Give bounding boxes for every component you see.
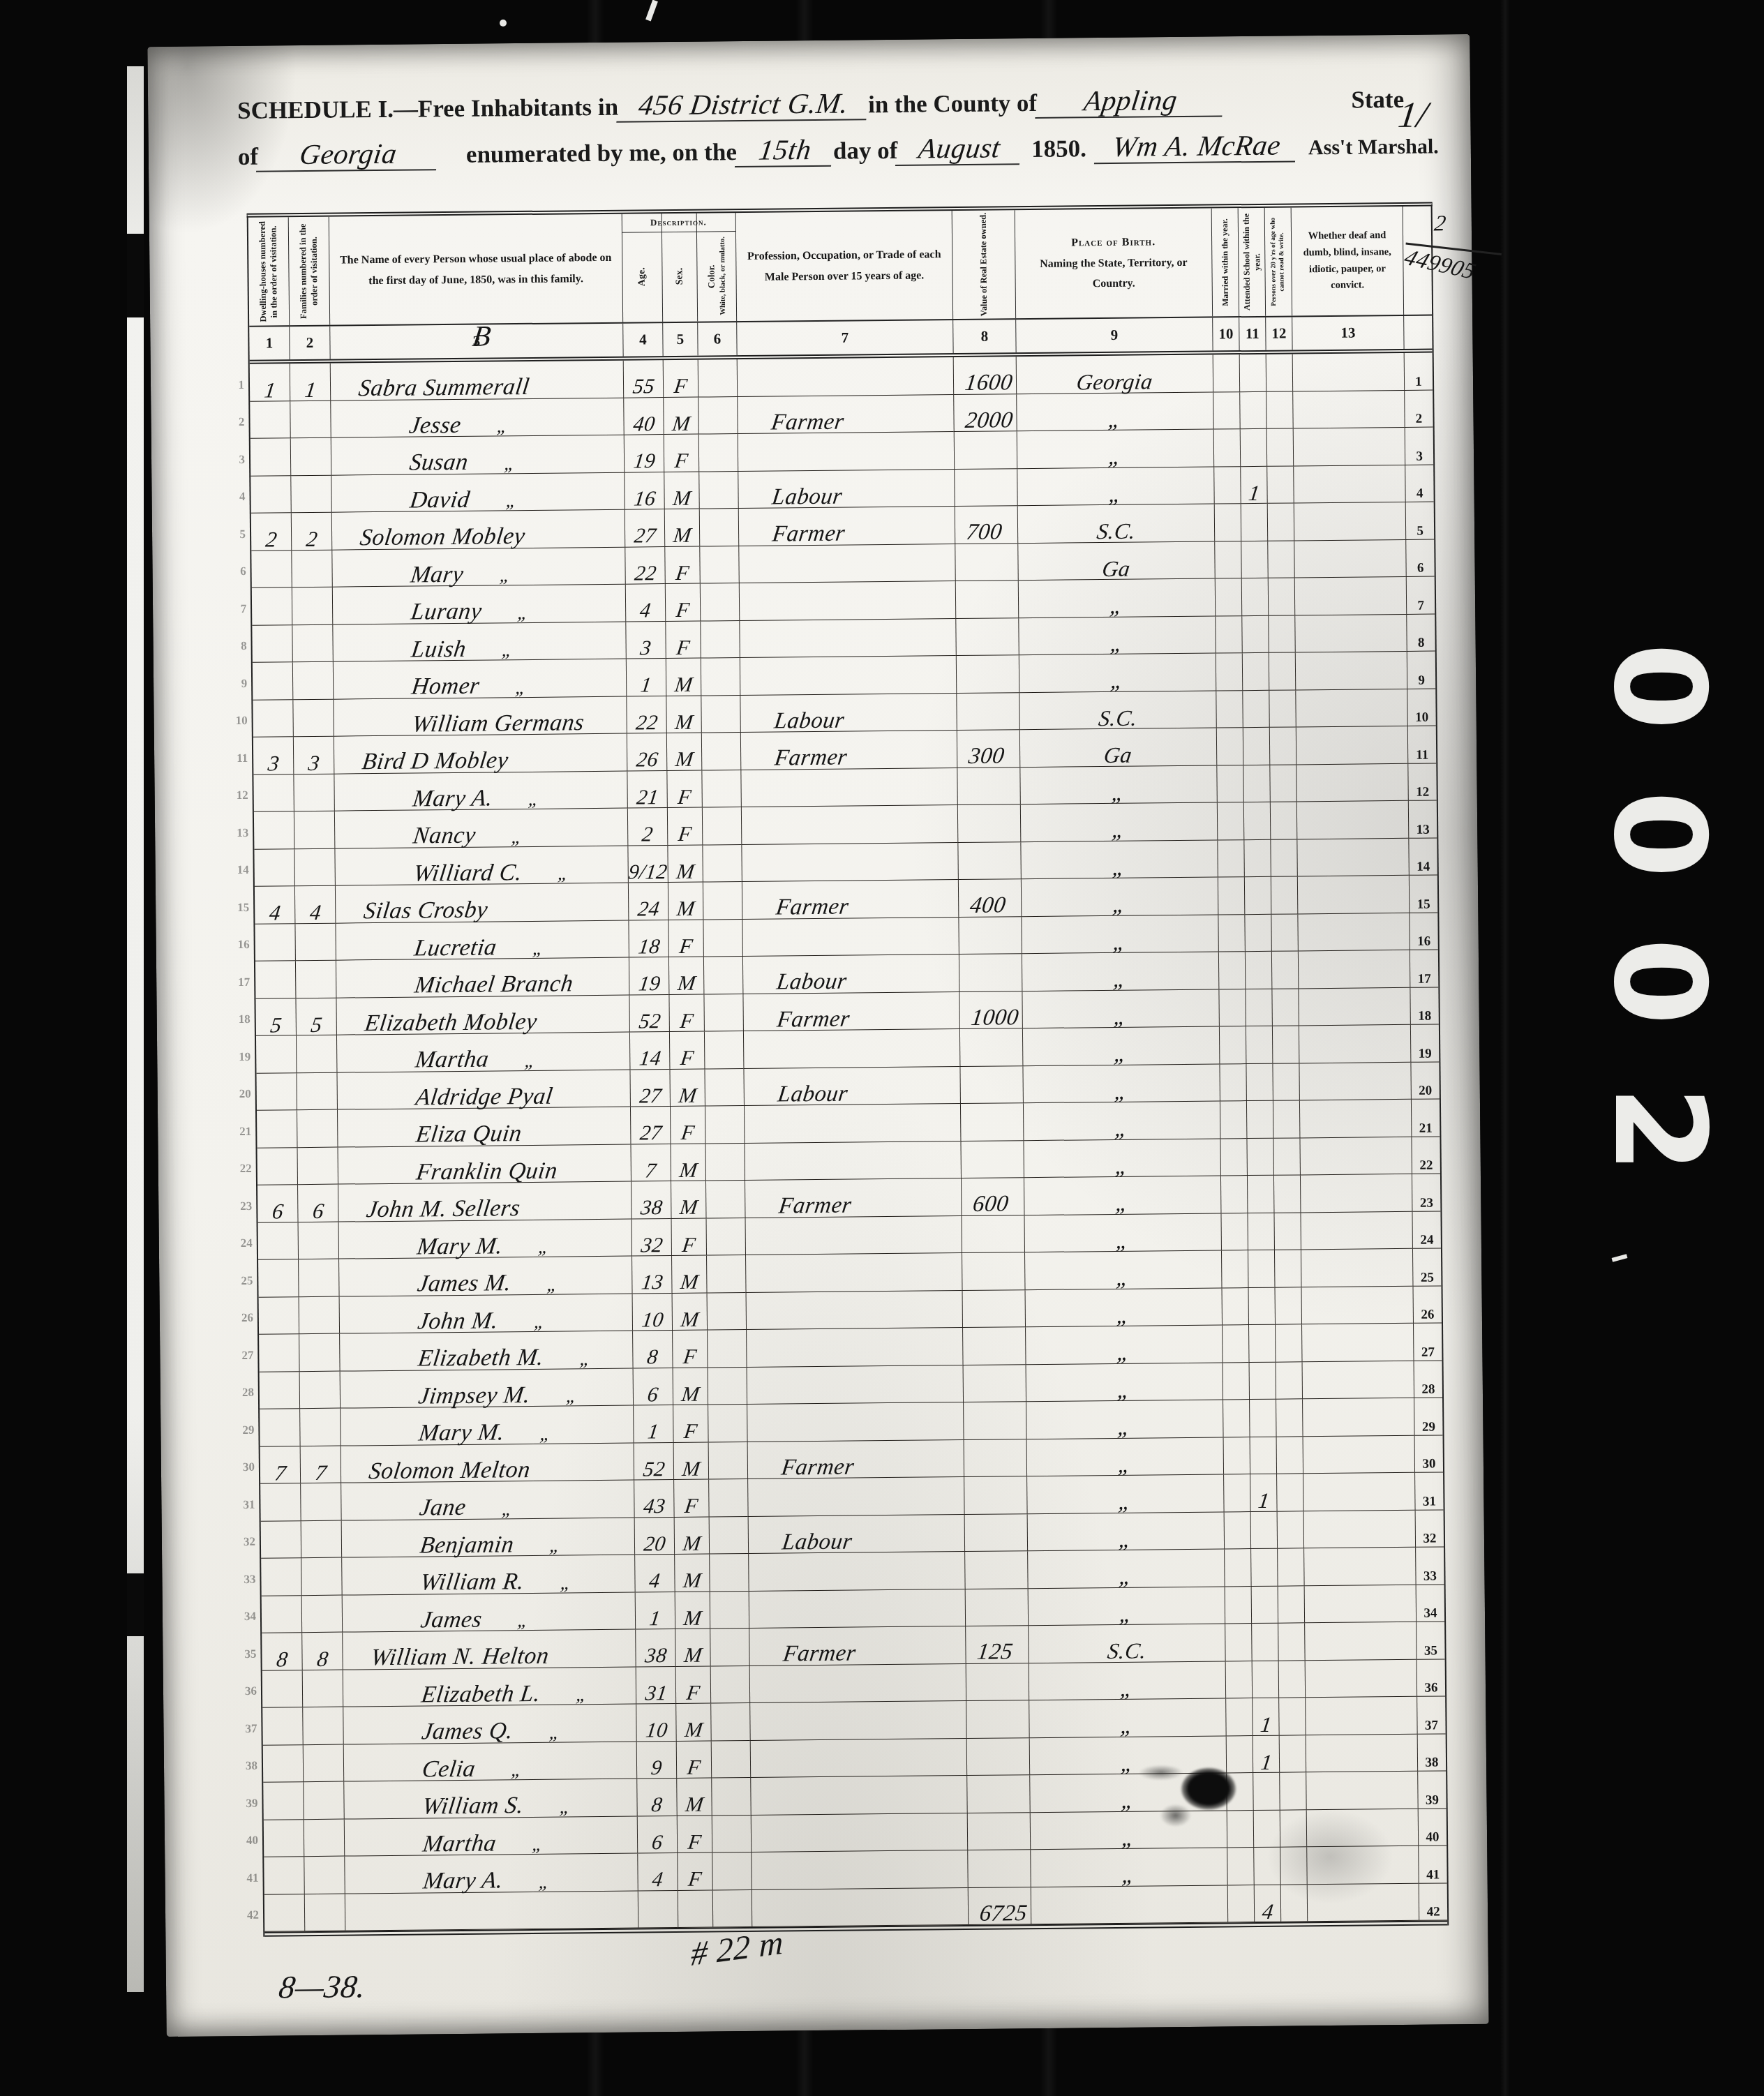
cell-condition xyxy=(1303,1473,1415,1511)
cell-occupation xyxy=(748,1552,964,1591)
cell-birthplace: Ga xyxy=(1017,541,1215,581)
cell-condition xyxy=(1301,1324,1414,1362)
cell-birthplace: „ xyxy=(1027,1549,1225,1588)
cell-line-number: 23 xyxy=(1412,1174,1441,1211)
cell-age: 52 xyxy=(629,995,669,1033)
cell-married-within-year xyxy=(1218,877,1245,915)
col-header-text: Attended School within the year. xyxy=(1241,208,1262,316)
cell-condition xyxy=(1306,1734,1418,1772)
line-number: 29 xyxy=(1422,1420,1435,1435)
cell-dwelling-number xyxy=(253,662,293,700)
col-num: 6 xyxy=(697,322,736,356)
cell-condition xyxy=(1305,1659,1417,1698)
line-number: 27 xyxy=(1421,1345,1435,1360)
cell-condition xyxy=(1301,1286,1413,1324)
cell-occupation: Farmer xyxy=(742,992,959,1031)
age-value: 27 xyxy=(633,526,657,546)
cell-occupation: Farmer xyxy=(745,1178,961,1218)
col-header-name: The Name of every Person whose usual pla… xyxy=(329,214,622,325)
col-header-school: Attended School within the year. xyxy=(1238,208,1265,316)
cell-family-number xyxy=(303,1782,344,1820)
cell-married-within-year xyxy=(1214,541,1241,579)
line-number: 26 xyxy=(1421,1308,1434,1323)
cell-condition xyxy=(1304,1585,1417,1623)
film-streak xyxy=(1500,0,1510,2096)
sliver-gap xyxy=(127,1573,144,1636)
cell-real-estate-value: 1600 xyxy=(953,357,1017,394)
cell-married-within-year xyxy=(1223,1437,1250,1475)
cell-condition xyxy=(1305,1697,1417,1735)
cell-married-within-year xyxy=(1224,1512,1251,1550)
col-header-text: Value of Real Estate owned. xyxy=(978,213,989,317)
cell-sex: M xyxy=(668,957,704,995)
cell-dwelling-number xyxy=(251,476,291,514)
sex-value: F xyxy=(675,638,692,658)
cell-age: 43 xyxy=(634,1480,674,1518)
cell-real-estate-value xyxy=(962,1290,1026,1328)
left-line-number: 35 xyxy=(238,1624,257,1661)
left-line-number: 13 xyxy=(230,802,249,840)
age-value: 22 xyxy=(634,713,659,733)
cell-married-within-year xyxy=(1225,1624,1252,1661)
cell-real-estate-value xyxy=(955,618,1019,656)
line-number: 40 xyxy=(1426,1831,1439,1846)
cell-married-within-year xyxy=(1216,691,1243,728)
cell-occupation xyxy=(742,918,958,957)
cell-sex: F xyxy=(663,360,698,398)
cell-condition xyxy=(1298,987,1410,1026)
birthplace-value: „ xyxy=(1114,1155,1130,1176)
cell-sex: F xyxy=(664,435,699,472)
occupation-value: Farmer xyxy=(770,411,846,433)
enumerated-label: enumerated by me, on the xyxy=(466,138,737,169)
cell-condition xyxy=(1299,1137,1412,1175)
left-line-number: 37 xyxy=(239,1698,257,1736)
cell-birthplace: „ xyxy=(1020,803,1218,842)
cell-attended-school xyxy=(1250,1549,1278,1587)
cell-occupation xyxy=(739,619,955,658)
cell-attended-school xyxy=(1246,1063,1273,1101)
cell-occupation xyxy=(738,432,954,471)
line-number: 18 xyxy=(1418,1010,1431,1024)
cell-condition xyxy=(1295,652,1407,690)
cell-condition xyxy=(1304,1622,1417,1661)
cell-attended-school xyxy=(1246,1101,1273,1139)
school-tick: 1 xyxy=(1260,1751,1273,1772)
description-group-label: Description. xyxy=(622,213,735,233)
cell-name: William Germans xyxy=(333,696,626,737)
cell-dwelling-number: 8 xyxy=(262,1633,302,1670)
real-estate-value: 700 xyxy=(965,522,1003,544)
age-value: 20 xyxy=(643,1534,667,1555)
cell-real-estate-value xyxy=(965,1589,1029,1626)
day-of-label: day of xyxy=(833,137,898,165)
cell-attended-school xyxy=(1239,354,1266,392)
cell-occupation: Labour xyxy=(743,1067,959,1106)
cell-occupation: Labour xyxy=(740,694,956,733)
cell-sex: M xyxy=(673,1368,708,1405)
line-number: 37 xyxy=(1425,1719,1438,1733)
cell-real-estate-value xyxy=(966,1663,1029,1701)
cell-color xyxy=(699,509,739,546)
cell-color xyxy=(701,733,741,770)
cell-line-number: 9 xyxy=(1407,651,1436,689)
cell-cannot-read-write xyxy=(1273,1138,1300,1176)
birthplace-value: Ga xyxy=(1103,744,1134,766)
line-number: 19 xyxy=(1419,1047,1432,1061)
person-name: Bird D Mobley xyxy=(361,749,509,772)
cell-dwelling-number xyxy=(250,401,290,439)
left-line-number: 12 xyxy=(230,765,248,802)
cell-dwelling-number: 7 xyxy=(260,1446,301,1484)
age-value: 22 xyxy=(633,564,657,584)
birthplace-value: „ xyxy=(1117,1416,1133,1438)
cell-occupation xyxy=(737,357,953,396)
line-number: 30 xyxy=(1422,1458,1435,1472)
cell-age: 2 xyxy=(627,808,668,846)
line-number: 13 xyxy=(1417,823,1430,837)
line-number: 15 xyxy=(1417,897,1430,912)
cell-color xyxy=(698,472,738,509)
cell-dwelling-number xyxy=(251,438,291,476)
cell-age: 8 xyxy=(636,1779,677,1816)
person-name: James Q. xyxy=(421,1720,515,1743)
cell-color xyxy=(698,434,738,472)
col-header-family: Families numbered in the order of visita… xyxy=(288,217,329,326)
sex-value: F xyxy=(673,451,689,472)
cell-line-number: 41 xyxy=(1418,1846,1447,1883)
cell-condition xyxy=(1297,876,1410,914)
cell-name: William S.„ xyxy=(343,1779,636,1820)
surname-ditto-mark: „ xyxy=(517,603,530,622)
cell-occupation xyxy=(749,1701,966,1740)
cell-occupation: Farmer xyxy=(738,507,955,546)
cell-line-number: 18 xyxy=(1410,987,1439,1025)
cell-sex: F xyxy=(664,546,700,584)
cell-birthplace: „ xyxy=(1018,579,1216,618)
cell-dwelling-number xyxy=(253,700,293,738)
cell-line-number: 42 xyxy=(1419,1883,1448,1921)
cell-line-number: 32 xyxy=(1415,1510,1444,1548)
birthplace-value: „ xyxy=(1112,931,1128,952)
cell-age: 6 xyxy=(637,1816,678,1853)
cell-condition xyxy=(1296,801,1409,839)
cell-condition xyxy=(1302,1398,1414,1437)
cell-family-number xyxy=(293,774,334,811)
sex-value: F xyxy=(685,1683,701,1703)
dwelling-number: 1 xyxy=(263,380,277,401)
real-estate-value: 400 xyxy=(969,895,1007,917)
cell-dwelling-number: 2 xyxy=(251,513,292,551)
person-name: Jane xyxy=(418,1497,467,1519)
cell-color xyxy=(704,1069,744,1107)
sex-value: F xyxy=(675,601,691,621)
person-name: Sabra Summerall xyxy=(357,376,531,400)
sex-value: M xyxy=(676,974,696,994)
cell-attended-school xyxy=(1241,578,1269,616)
cell-attended-school xyxy=(1242,653,1269,691)
col-header-text: Place of Birth. Naming the State, Territ… xyxy=(1015,229,1212,298)
cell-birthplace: „ xyxy=(1016,392,1213,431)
line-number: 9 xyxy=(1418,673,1425,688)
age-value: 1 xyxy=(647,1422,660,1442)
col-header-condition: Whether deaf and dumb, blind, insane, id… xyxy=(1291,207,1403,316)
occupation-value: Labour xyxy=(777,1083,849,1105)
cell-age: 22 xyxy=(626,696,666,734)
schedule-title: SCHEDULE I.—Free Inhabitants in xyxy=(237,93,618,125)
cell-age xyxy=(638,1890,678,1928)
cell-condition xyxy=(1303,1548,1416,1586)
person-name: Lurany xyxy=(410,601,483,623)
cell-sex: F xyxy=(677,1816,712,1853)
school-tick: 1 xyxy=(1259,1714,1273,1735)
cell-sex: F xyxy=(673,1480,709,1518)
line-number: 2 xyxy=(1416,412,1423,427)
col-num-blank xyxy=(1403,316,1432,349)
person-name: William Germans xyxy=(411,712,586,735)
dwelling-number: 5 xyxy=(269,1015,283,1035)
cell-cannot-read-write xyxy=(1270,802,1297,839)
col-num: 5 xyxy=(662,323,697,356)
surname-ditto-mark: „ xyxy=(549,1536,562,1555)
age-value: 21 xyxy=(635,788,659,808)
cell-real-estate-value: 400 xyxy=(958,879,1022,917)
cell-age: 3 xyxy=(625,622,666,659)
cell-real-estate-value xyxy=(964,1439,1027,1477)
line-number: 28 xyxy=(1421,1383,1435,1398)
cell-age: 10 xyxy=(632,1294,673,1331)
left-line-number: 28 xyxy=(235,1362,254,1400)
col-num: 11 xyxy=(1239,317,1265,350)
cell-attended-school xyxy=(1246,1026,1273,1064)
line-number: 21 xyxy=(1419,1121,1433,1136)
cell-line-number: 16 xyxy=(1409,913,1438,950)
occupation-value: Labour xyxy=(771,486,844,507)
cell-real-estate-value: 2000 xyxy=(953,394,1017,432)
cell-sex: M xyxy=(674,1517,710,1555)
cell-line-number: 1 xyxy=(1404,353,1433,391)
cell-dwelling-number xyxy=(262,1596,302,1633)
birthplace-value: S.C. xyxy=(1106,1640,1147,1662)
cell-line-number: 26 xyxy=(1412,1286,1442,1324)
col-header-text: Dwelling-houses numbered in the order of… xyxy=(257,217,281,325)
cell-dwelling-number: 1 xyxy=(250,364,290,401)
line-number: 22 xyxy=(1419,1159,1433,1174)
cell-family-number xyxy=(292,587,333,625)
cell-color xyxy=(712,1815,752,1852)
left-line-number: 18 xyxy=(232,989,251,1026)
occupation-value: Labour xyxy=(775,971,848,993)
cell-age: 21 xyxy=(627,771,667,809)
cell-line-number: 35 xyxy=(1416,1622,1445,1659)
left-line-number: 3 xyxy=(227,429,246,467)
cell-line-number: 29 xyxy=(1414,1398,1443,1435)
cell-line-number: 24 xyxy=(1412,1211,1441,1249)
person-name: Lucretia xyxy=(413,936,498,959)
cell-cannot-read-write xyxy=(1272,1063,1299,1101)
cell-color xyxy=(708,1368,747,1405)
person-name: Solomon Mobley xyxy=(359,525,527,549)
cell-sex: M xyxy=(670,1144,705,1181)
col-num: 7 xyxy=(736,320,952,355)
state-entry: Georgia xyxy=(256,139,440,172)
birthplace-value: „ xyxy=(1112,856,1127,878)
smudge xyxy=(1239,1779,1421,1934)
cell-color xyxy=(707,1330,747,1368)
sex-value: F xyxy=(687,1832,703,1852)
spacer xyxy=(1224,108,1351,110)
cell-real-estate-value: 125 xyxy=(965,1626,1029,1663)
school-tick: 1 xyxy=(1247,482,1261,503)
cell-color xyxy=(709,1554,749,1592)
age-value: 1 xyxy=(640,675,653,696)
cell-line-number: 30 xyxy=(1414,1435,1444,1473)
person-name: William S. xyxy=(421,1795,525,1818)
line-number: 3 xyxy=(1416,449,1423,464)
birthplace-value: „ xyxy=(1107,446,1123,467)
col-header-text: Whether deaf and dumb, blind, insane, id… xyxy=(1292,225,1403,298)
month-entry: August xyxy=(895,133,1024,166)
cell-cannot-read-write xyxy=(1275,1324,1302,1362)
sex-value: F xyxy=(687,1870,703,1890)
real-estate-value: 1000 xyxy=(970,1007,1020,1028)
surname-ditto-mark: „ xyxy=(504,491,518,510)
col-header-real-estate: Value of Real Estate owned. xyxy=(952,210,1015,319)
birthplace-value: „ xyxy=(1114,1043,1129,1065)
cell-cannot-read-write xyxy=(1271,951,1299,989)
cell-sex: M xyxy=(671,1181,706,1219)
age-value: 32 xyxy=(640,1236,664,1256)
cell-real-estate-value xyxy=(956,693,1019,731)
cell-family-number: 8 xyxy=(301,1633,343,1670)
age-value: 6 xyxy=(646,1385,659,1405)
cell-occupation: Farmer xyxy=(747,1440,964,1479)
cell-dwelling-number xyxy=(258,1222,299,1260)
cell-sex: F xyxy=(665,584,701,622)
col-header-caps: Place of Birth. xyxy=(1025,232,1202,254)
person-name: Solomon Melton xyxy=(368,1459,532,1483)
cell-family-number: 7 xyxy=(300,1446,341,1483)
birthplace-value: „ xyxy=(1115,1192,1130,1214)
cell-occupation xyxy=(751,1813,967,1852)
cell-birthplace: „ xyxy=(1028,1587,1225,1626)
cell-name: John M.„ xyxy=(339,1294,632,1334)
cell-birthplace: „ xyxy=(1023,1101,1220,1140)
cell-real-estate-value xyxy=(956,655,1019,693)
line-number: 16 xyxy=(1417,935,1430,950)
cell-occupation xyxy=(744,1141,960,1181)
cell-occupation xyxy=(743,1029,959,1068)
cell-married-within-year xyxy=(1223,1400,1250,1437)
age-value: 2 xyxy=(641,825,655,845)
cell-family-number xyxy=(301,1595,343,1633)
cell-attended-school xyxy=(1244,914,1271,952)
cell-cannot-read-write xyxy=(1269,727,1296,765)
cell-color xyxy=(712,1852,752,1890)
cell-color xyxy=(700,621,740,659)
line-number: 42 xyxy=(1427,1906,1440,1920)
cell-color xyxy=(708,1479,748,1517)
left-line-number: 1 xyxy=(226,354,245,392)
cell-line-number: 33 xyxy=(1415,1547,1444,1585)
col-header-birthplace: Place of Birth. Naming the State, Territ… xyxy=(1015,209,1212,319)
left-line-number: 27 xyxy=(235,1325,254,1363)
age-value: 18 xyxy=(636,937,661,957)
cell-line-number: 21 xyxy=(1411,1099,1440,1137)
col-num: 1 xyxy=(249,327,289,360)
left-line-number: 21 xyxy=(233,1101,252,1139)
cell-age: 27 xyxy=(625,509,665,547)
table-body: 1 1 Sabra Summerall 55 F 1600 Georgia 1 … xyxy=(250,353,1448,1937)
family-number: 2 xyxy=(305,529,319,550)
age-value: 26 xyxy=(635,750,659,770)
cell-name: Solomon Melton xyxy=(341,1443,634,1483)
col-header-text: Married within the year. xyxy=(1220,218,1231,306)
cell-color xyxy=(702,845,742,883)
real-estate-value: 300 xyxy=(967,746,1006,768)
cell-age: 9/12 xyxy=(627,846,668,883)
cell-condition xyxy=(1292,353,1405,391)
cell-married-within-year xyxy=(1213,354,1240,392)
cell-family-number xyxy=(297,1110,338,1148)
cell-name: Elizabeth L.„ xyxy=(343,1667,636,1707)
cell-condition xyxy=(1299,1025,1411,1063)
surname-ditto-mark: „ xyxy=(499,566,512,585)
cell-dwelling-number xyxy=(257,1110,297,1148)
cell-real-estate-value xyxy=(962,1252,1025,1290)
cell-occupation xyxy=(749,1589,965,1629)
cell-birthplace: „ xyxy=(1025,1325,1223,1364)
age-value: 24 xyxy=(636,899,661,920)
dwelling-number: 4 xyxy=(268,902,282,923)
age-value: 8 xyxy=(646,1347,659,1368)
age-value: 1 xyxy=(648,1609,661,1629)
sex-value: M xyxy=(681,1459,701,1479)
cell-sex: F xyxy=(673,1405,708,1443)
left-line-number: 33 xyxy=(237,1549,256,1587)
sex-value: M xyxy=(680,1384,701,1405)
cell-occupation xyxy=(740,656,956,695)
line-number: 31 xyxy=(1423,1495,1436,1509)
age-value: 38 xyxy=(639,1198,664,1218)
cell-sex: F xyxy=(668,920,703,957)
age-value: 14 xyxy=(638,1049,662,1069)
cell-cannot-read-write xyxy=(1274,1250,1301,1287)
cell-family-number xyxy=(294,923,336,961)
cell-family-number: 6 xyxy=(297,1185,338,1222)
cell-dwelling-number: 3 xyxy=(253,737,294,774)
cell-birthplace: „ xyxy=(1024,1213,1221,1252)
left-line-number: 17 xyxy=(232,952,251,989)
cell-sex: F xyxy=(677,1853,712,1891)
surname-ditto-mark: „ xyxy=(511,828,524,846)
cell-married-within-year xyxy=(1220,1176,1248,1213)
cell-cannot-read-write xyxy=(1278,1698,1306,1735)
cell-real-estate-value xyxy=(966,1775,1030,1813)
cell-name: Elizabeth M.„ xyxy=(339,1331,632,1372)
cell-age: 19 xyxy=(624,435,664,472)
cell-occupation: Farmer xyxy=(737,395,953,434)
cell-line-number: 19 xyxy=(1410,1024,1440,1062)
cell-married-within-year xyxy=(1213,429,1241,467)
cell-married-within-year xyxy=(1222,1288,1249,1326)
surname-ditto-mark: „ xyxy=(503,454,516,473)
sex-value: M xyxy=(678,1198,698,1218)
cell-sex: F xyxy=(666,770,702,808)
sex-value: M xyxy=(682,1608,703,1629)
cell-condition xyxy=(1299,1100,1412,1138)
sex-value: M xyxy=(671,488,692,509)
